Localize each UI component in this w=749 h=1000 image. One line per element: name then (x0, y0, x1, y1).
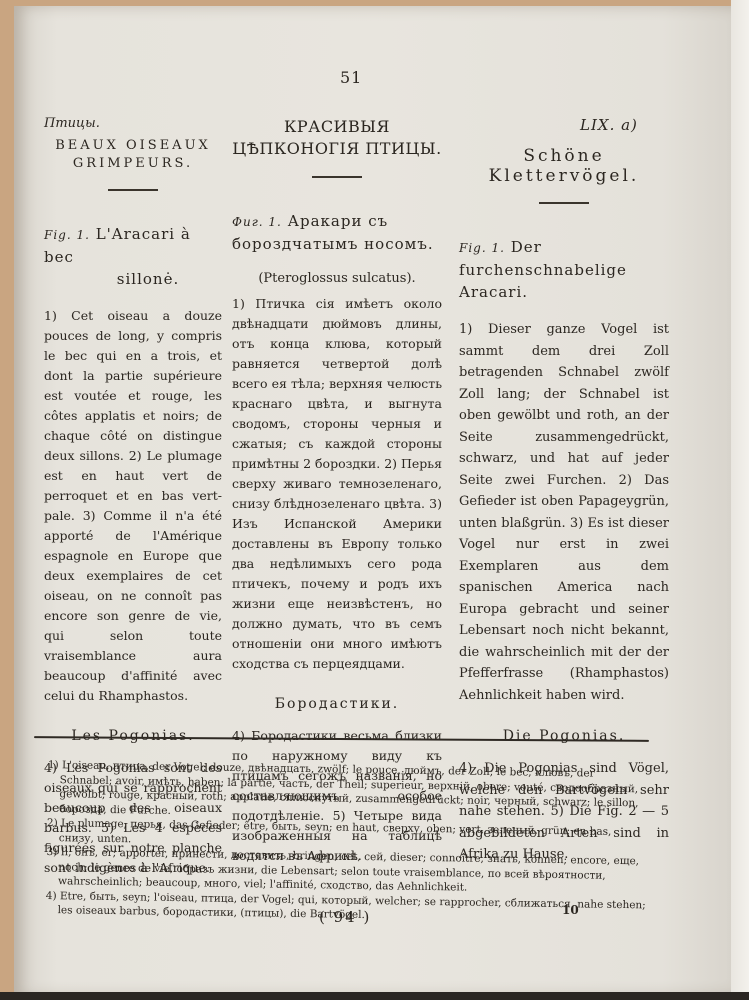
fig-label: Fig. 1. (44, 228, 90, 242)
title-rule (539, 202, 589, 204)
russian-subheading: Бородастики. (232, 696, 442, 712)
book-page: 51 LIX. a) Птицы. BEAUX OISEAUX GRIMPEUR… (14, 6, 734, 996)
fig-title-cont: sillonė. (44, 268, 222, 290)
latin-name: (Pteroglossus sulcatus). (232, 271, 442, 286)
title-rule (108, 189, 158, 191)
russian-title: КРАСИВЫЯ ЦѢПКОНОГІЯ ПТИЦЫ. (232, 116, 442, 160)
footnote-1: 1) L'oiseau, птица, der Vogel; douze, дв… (47, 758, 648, 825)
french-body: 1) Cet oiseau a douze pouces de long, y … (44, 306, 222, 706)
german-body: 1) Dieser ganze Vogel ist sammt dem drei… (459, 319, 669, 706)
title-rule (312, 176, 362, 178)
page-edge (731, 0, 749, 1000)
russian-body: 1) Птичка сія имѣетъ около двѣнадцати дю… (232, 294, 442, 674)
footer-page-number: ( 94 ) (319, 908, 371, 926)
signature-mark: 10 (562, 903, 579, 917)
footnotes: 1) L'oiseau, птица, der Vogel; douze, дв… (45, 758, 647, 927)
table-surface (0, 992, 749, 1000)
german-title: Schöne Klettervögel. (459, 146, 669, 186)
page-number: 51 (340, 68, 362, 87)
russian-column: КРАСИВЫЯ ЦѢПКОНОГІЯ ПТИЦЫ. Фиг. 1. Арака… (232, 116, 442, 866)
german-column: Schöne Klettervögel. Fig. 1. Der furchen… (459, 116, 669, 866)
german-fig-heading: Fig. 1. Der furchenschnabelige Aracari. (459, 236, 669, 303)
russian-fig-heading: Фиг. 1. Аракари съ бороздчатымъ носомъ. (232, 210, 442, 255)
french-fig-heading: Fig. 1. L'Aracari à bec sillonė. (44, 223, 222, 290)
running-head: Птицы. (44, 116, 222, 131)
french-title: BEAUX OISEAUX GRIMPEURS. (44, 137, 222, 173)
fig-label: Fig. 1. (459, 241, 505, 255)
fig-label: Фиг. 1. (232, 215, 282, 229)
